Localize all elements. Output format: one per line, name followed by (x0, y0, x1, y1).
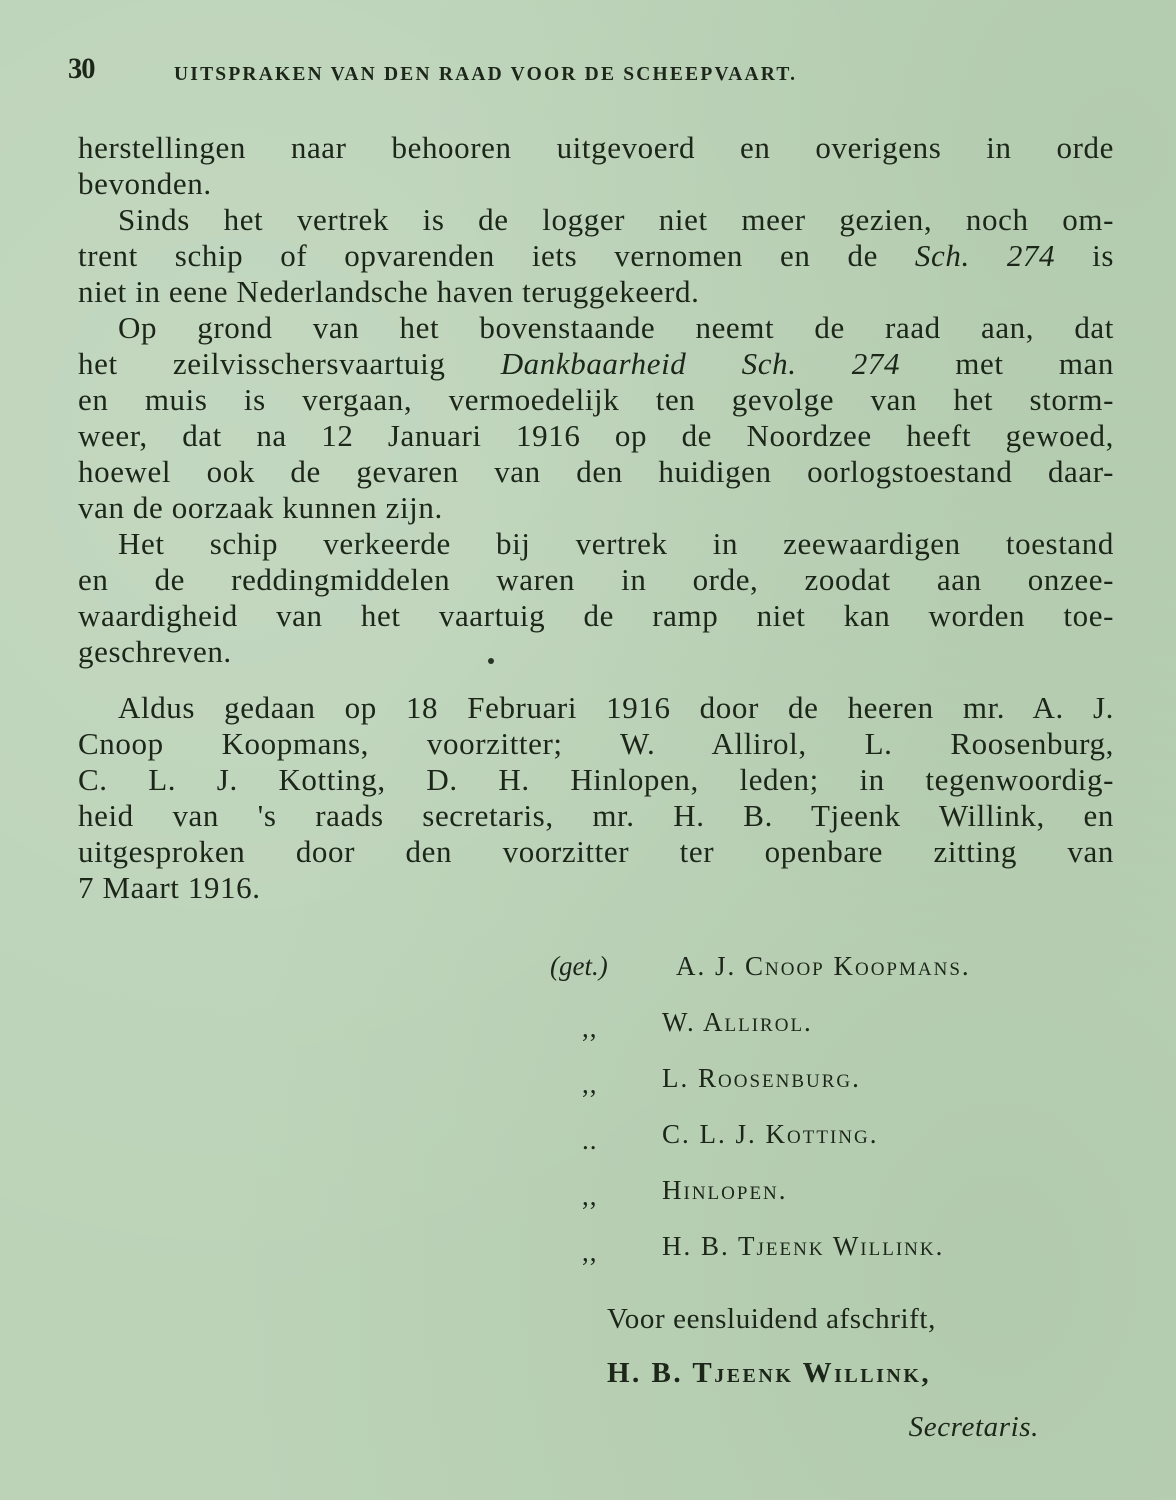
signature-row: ,, L. Roosenburg. (550, 1058, 1110, 1114)
signature-row: ,, Hinlopen. (550, 1170, 1110, 1226)
vessel-reference: Sch. 274 (915, 238, 1055, 273)
signatory-name: W. Allirol. (662, 1002, 813, 1042)
signature-row: .. C. L. J. Kotting. (550, 1114, 1110, 1170)
text-line: uitgesproken door den voorzitter ter ope… (78, 834, 1114, 870)
text-line: heid van 's raads secretaris, mr. H. B. … (78, 798, 1114, 834)
text-line: Sinds het vertrek is de logger niet meer… (78, 202, 1114, 238)
text-segment: is (1055, 238, 1114, 273)
text-line: Cnoop Koopmans, voorzitter; W. Allirol, … (78, 726, 1114, 762)
text-segment: het zeilvisschersvaartuig (78, 346, 501, 381)
text-line: C. L. J. Kotting, D. H. Hinlopen, leden;… (78, 762, 1114, 798)
signed-marker: (get.) (550, 946, 608, 986)
body-text: herstellingen naar behooren uitgevoerd e… (78, 130, 1114, 906)
text-line: het zeilvisschersvaartuig Dankbaarheid S… (78, 346, 1114, 382)
signature-row: ,, H. B. Tjeenk Willink. (550, 1226, 1110, 1282)
signatory-name: Hinlopen. (662, 1170, 788, 1210)
signature-block: (get.) A. J. Cnoop Koopmans. ,, W. Allir… (550, 946, 1110, 1282)
text-line: Aldus gedaan op 18 Februari 1916 door de… (78, 690, 1114, 726)
text-line: niet in eene Nederlandsche haven terugge… (78, 274, 1114, 310)
attestation-block: Voor eensluidend afschrift, H. B. Tjeenk… (607, 1292, 1077, 1454)
secretary-name: H. B. Tjeenk Willink, (607, 1346, 1077, 1400)
secretary-title: Secretaris. (607, 1400, 1077, 1454)
ditto-mark: ,, (582, 1176, 598, 1216)
book-page: 30 UITSPRAKEN VAN DEN RAAD VOOR DE SCHEE… (0, 0, 1176, 1500)
text-line: hoewel ook de gevaren van den huidigen o… (78, 454, 1114, 490)
text-line: geschreven. (78, 634, 1114, 670)
ditto-mark: ,, (582, 1232, 598, 1272)
text-line: van de oorzaak kunnen zijn. (78, 490, 1114, 526)
ditto-mark: ,, (582, 1064, 598, 1104)
page-number: 30 (68, 52, 95, 86)
vessel-name: Dankbaarheid Sch. 274 (501, 346, 900, 381)
running-head: 30 UITSPRAKEN VAN DEN RAAD VOOR DE SCHEE… (68, 52, 1128, 92)
text-line: waardigheid van het vaartuig de ramp nie… (78, 598, 1114, 634)
ditto-mark: ,, (582, 1008, 598, 1048)
attestation-label: Voor eensluidend afschrift, (607, 1292, 1077, 1346)
signatory-name: L. Roosenburg. (662, 1058, 861, 1098)
text-line: 7 Maart 1916. (78, 870, 1114, 906)
signatory-name: H. B. Tjeenk Willink. (662, 1226, 944, 1266)
signatory-name: A. J. Cnoop Koopmans. (676, 946, 971, 986)
text-line: bevonden. (78, 166, 1114, 202)
ditto-mark: .. (582, 1120, 598, 1160)
text-line: weer, dat na 12 Januari 1916 op de Noord… (78, 418, 1114, 454)
text-line: en de reddingmiddelen waren in orde, zoo… (78, 562, 1114, 598)
ink-speck (488, 658, 494, 664)
signature-row: ,, W. Allirol. (550, 1002, 1110, 1058)
text-line: en muis is vergaan, vermoedelijk ten gev… (78, 382, 1114, 418)
running-title: UITSPRAKEN VAN DEN RAAD VOOR DE SCHEEPVA… (174, 64, 797, 86)
text-line: trent schip of opvarenden iets vernomen … (78, 238, 1114, 274)
paragraph-gap (78, 670, 1114, 690)
signatory-name: C. L. J. Kotting. (662, 1114, 878, 1154)
text-line: Het schip verkeerde bij vertrek in zeewa… (78, 526, 1114, 562)
signature-row: (get.) A. J. Cnoop Koopmans. (550, 946, 1110, 1002)
text-line: Op grond van het bovenstaande neemt de r… (78, 310, 1114, 346)
text-segment: trent schip of opvarenden iets vernomen … (78, 238, 915, 273)
text-segment: met man (900, 346, 1114, 381)
text-line: herstellingen naar behooren uitgevoerd e… (78, 130, 1114, 166)
